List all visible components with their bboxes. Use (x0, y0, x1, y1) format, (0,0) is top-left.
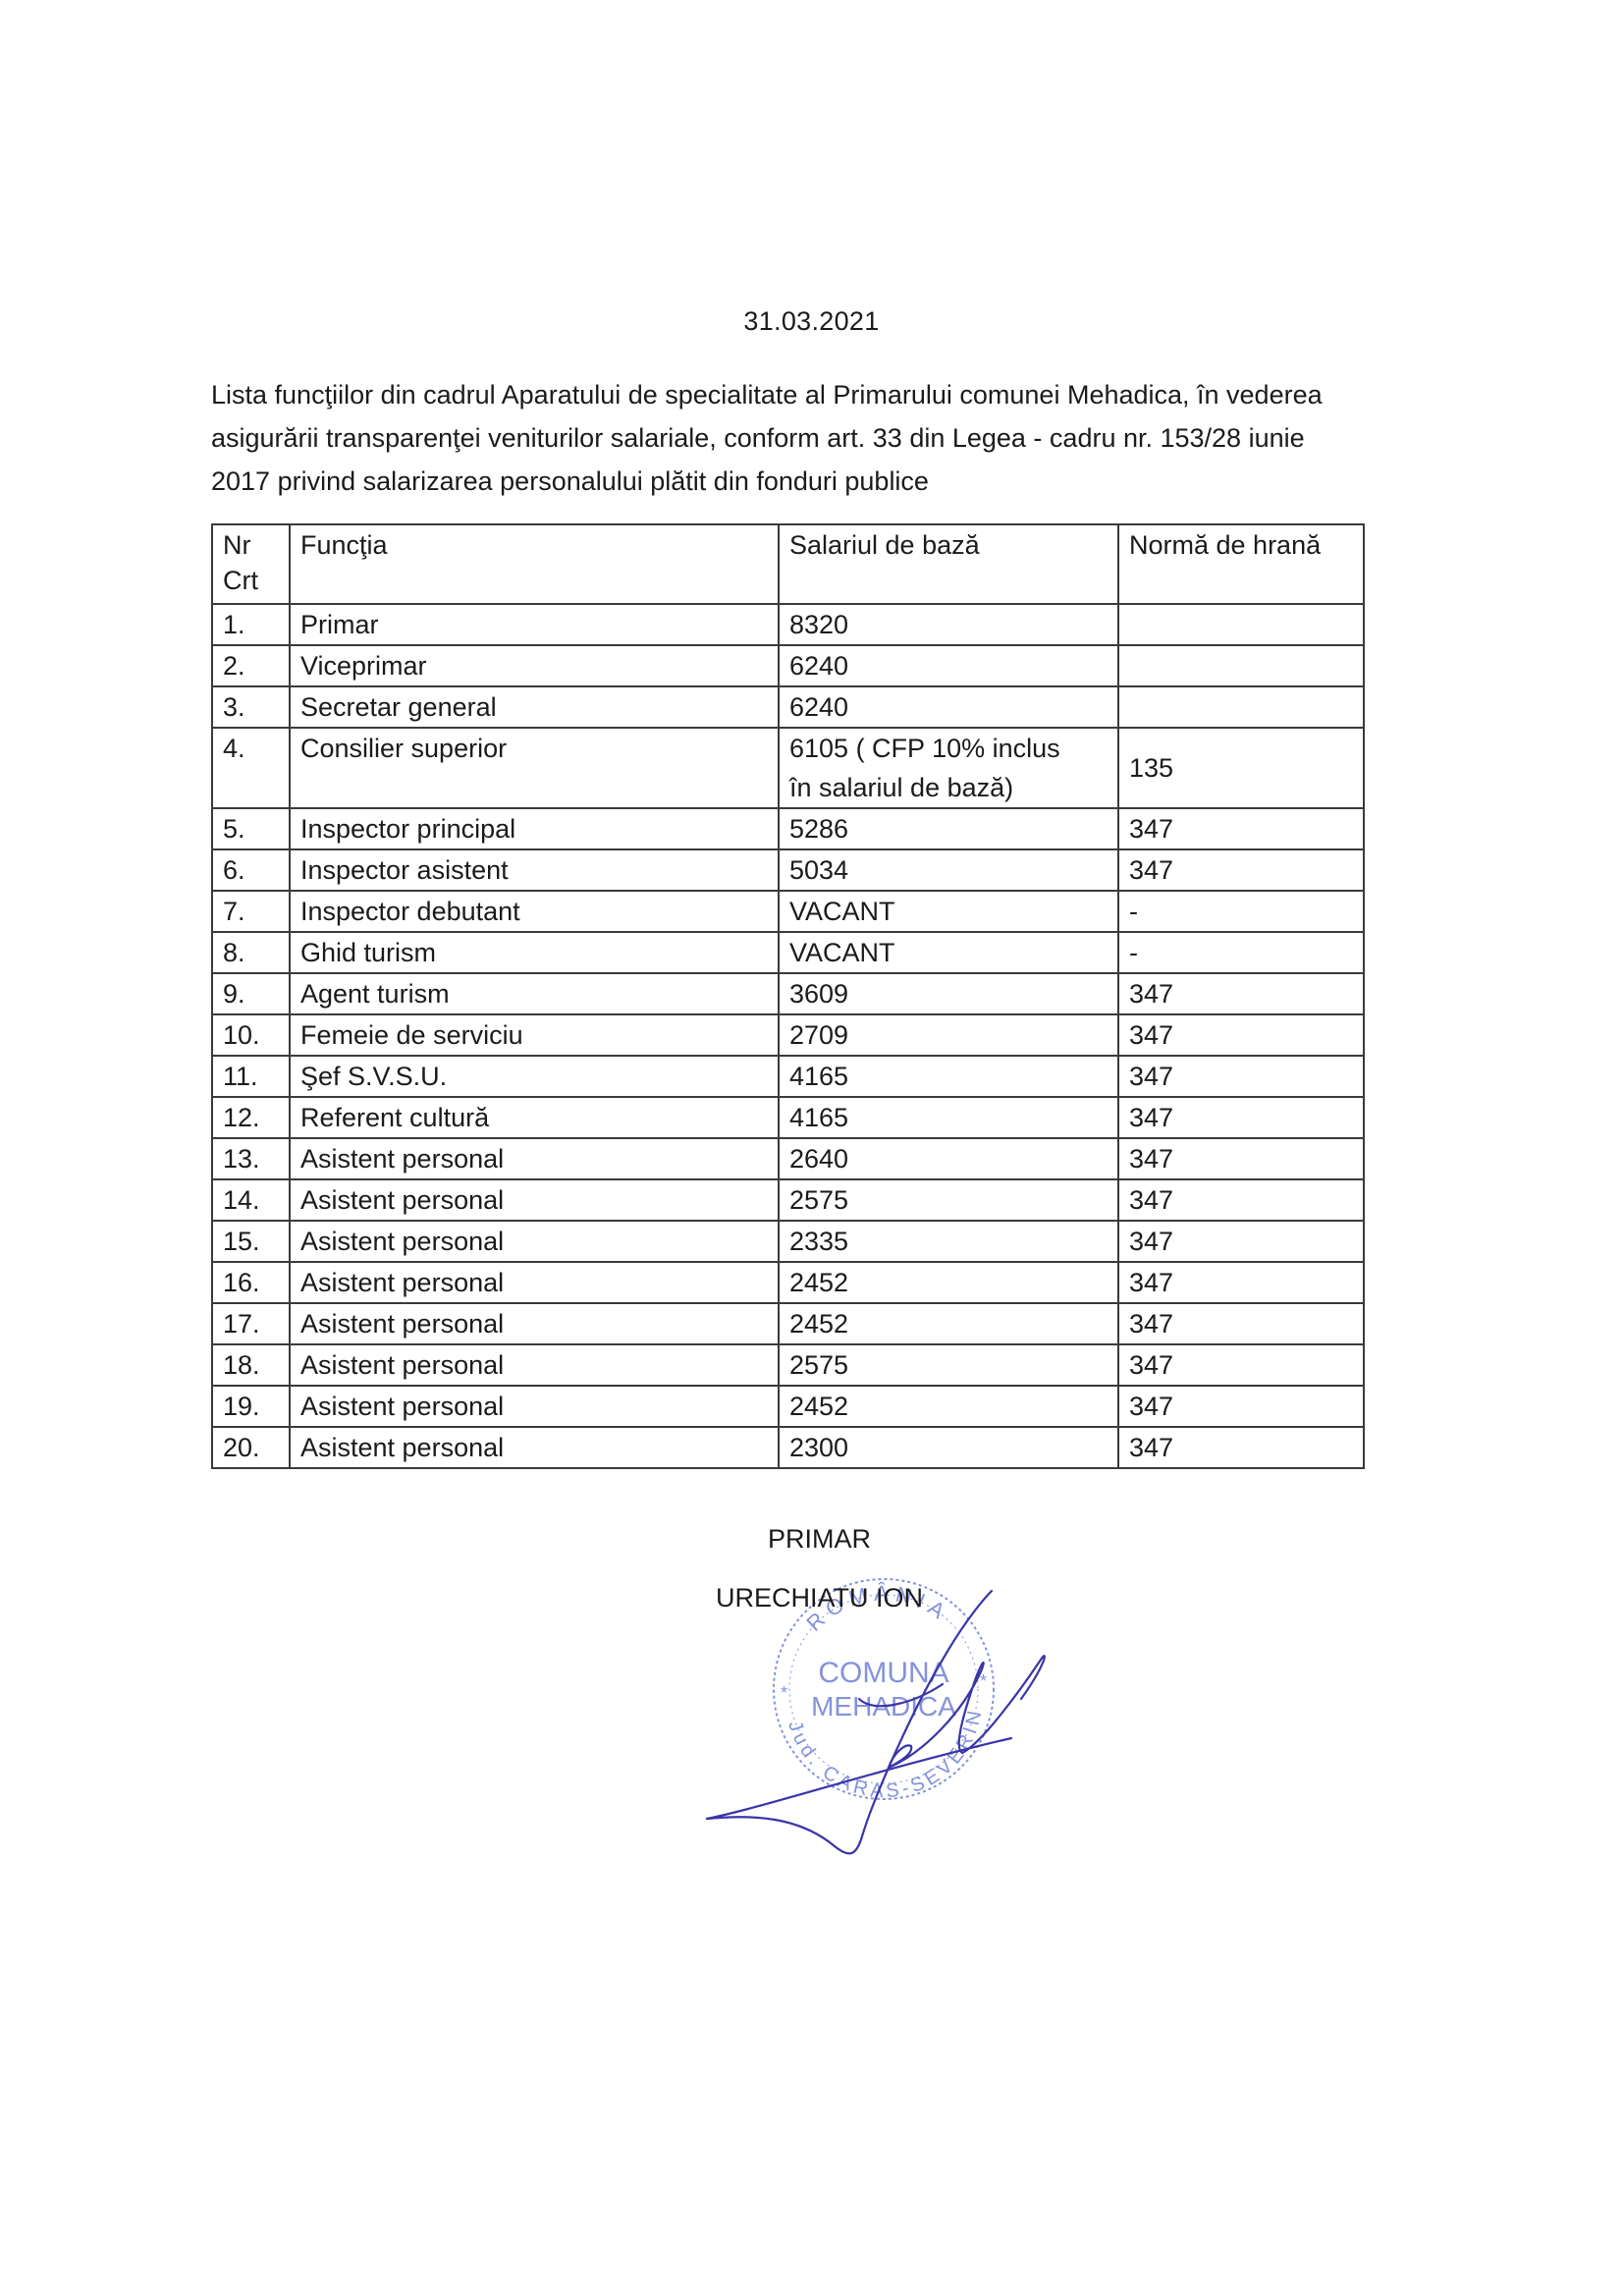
salariu-line: 6105 ( CFP 10% inclus (789, 729, 1108, 768)
cell-functia: Viceprimar (290, 645, 779, 686)
cell-salariu: VACANT (779, 932, 1118, 973)
table-row: 2.Viceprimar6240 (212, 645, 1364, 686)
cell-nr: 18. (212, 1344, 290, 1386)
cell-functia: Asistent personal (290, 1427, 779, 1468)
cell-functia: Agent turism (290, 973, 779, 1014)
cell-salariu: 2452 (779, 1303, 1118, 1344)
header-salariu: Salariul de bază (779, 524, 1118, 604)
cell-functia: Inspector principal (290, 808, 779, 849)
cell-functia: Inspector debutant (290, 891, 779, 932)
cell-nr: 14. (212, 1179, 290, 1221)
table-row: 19.Asistent personal2452347 (212, 1386, 1364, 1427)
cell-nr: 2. (212, 645, 290, 686)
cell-functia: Asistent personal (290, 1179, 779, 1221)
cell-nr: 19. (212, 1386, 290, 1427)
table-row: 15.Asistent personal2335347 (212, 1221, 1364, 1262)
cell-nr: 17. (212, 1303, 290, 1344)
cell-nr: 1. (212, 604, 290, 645)
cell-norma: 347 (1118, 1014, 1364, 1056)
cell-functia: Asistent personal (290, 1386, 779, 1427)
cell-nr: 3. (212, 686, 290, 728)
cell-functia: Şef S.V.S.U. (290, 1056, 779, 1097)
cell-norma: - (1118, 932, 1364, 973)
table-row: 9.Agent turism3609347 (212, 973, 1364, 1014)
table-header-row: Nr Crt Funcţia Salariul de bază Normă de… (212, 524, 1364, 604)
cell-functia: Asistent personal (290, 1262, 779, 1303)
cell-norma: 347 (1118, 1262, 1364, 1303)
cell-salariu: 2709 (779, 1014, 1118, 1056)
cell-nr: 10. (212, 1014, 290, 1056)
svg-text:*: * (781, 1683, 787, 1703)
table-row: 14.Asistent personal2575347 (212, 1179, 1364, 1221)
cell-functia: Asistent personal (290, 1344, 779, 1386)
cell-salariu: 2300 (779, 1427, 1118, 1468)
cell-nr: 16. (212, 1262, 290, 1303)
cell-functia: Asistent personal (290, 1138, 779, 1179)
cell-nr: 8. (212, 932, 290, 973)
cell-functia: Inspector asistent (290, 849, 779, 891)
cell-norma (1118, 686, 1364, 728)
intro-line: asigurării transparenţei veniturilor sal… (211, 416, 1478, 460)
cell-functia: Asistent personal (290, 1221, 779, 1262)
header-crt-line: Crt (223, 563, 279, 598)
cell-functia: Femeie de serviciu (290, 1014, 779, 1056)
cell-salariu: 2335 (779, 1221, 1118, 1262)
cell-functia: Asistent personal (290, 1303, 779, 1344)
cell-norma (1118, 604, 1364, 645)
cell-salariu: VACANT (779, 891, 1118, 932)
cell-salariu: 6240 (779, 686, 1118, 728)
cell-salariu: 2575 (779, 1344, 1118, 1386)
cell-norma: 347 (1118, 849, 1364, 891)
cell-functia: Ghid turism (290, 932, 779, 973)
cell-functia: Secretar general (290, 686, 779, 728)
cell-salariu: 5034 (779, 849, 1118, 891)
cell-salariu: 6240 (779, 645, 1118, 686)
cell-norma (1118, 645, 1364, 686)
cell-norma: 347 (1118, 1097, 1364, 1138)
table-row: 13.Asistent personal2640347 (212, 1138, 1364, 1179)
cell-nr: 11. (212, 1056, 290, 1097)
positions-table: Nr Crt Funcţia Salariul de bază Normă de… (211, 523, 1365, 1469)
salariu-line: în salariul de bază) (789, 768, 1108, 807)
cell-nr: 20. (212, 1427, 290, 1468)
header-nr-line: Nr (223, 527, 279, 563)
cell-salariu: 2640 (779, 1138, 1118, 1179)
cell-nr: 12. (212, 1097, 290, 1138)
cell-nr: 15. (212, 1221, 290, 1262)
intro-line: Lista funcţiilor din cadrul Aparatului d… (211, 373, 1478, 416)
header-norma: Normă de hrană (1118, 524, 1364, 604)
cell-nr: 6. (212, 849, 290, 891)
header-nr-crt: Nr Crt (212, 524, 290, 604)
table-row: 8.Ghid turismVACANT- (212, 932, 1364, 973)
cell-nr: 13. (212, 1138, 290, 1179)
table-row: 11.Şef S.V.S.U.4165347 (212, 1056, 1364, 1097)
table-row: 20.Asistent personal2300347 (212, 1427, 1364, 1468)
table-row: 18.Asistent personal2575347 (212, 1344, 1364, 1386)
cell-salariu: 3609 (779, 973, 1118, 1014)
cell-norma: 347 (1118, 1386, 1364, 1427)
cell-norma: 347 (1118, 1344, 1364, 1386)
cell-nr: 7. (212, 891, 290, 932)
table-row: 7.Inspector debutantVACANT- (212, 891, 1364, 932)
cell-functia: Primar (290, 604, 779, 645)
cell-salariu: 5286 (779, 808, 1118, 849)
cell-norma: 347 (1118, 1179, 1364, 1221)
table-row: 1.Primar8320 (212, 604, 1364, 645)
table-row: 4.Consilier superior6105 ( CFP 10% inclu… (212, 728, 1364, 808)
svg-text:*: * (980, 1671, 987, 1691)
cell-norma: - (1118, 891, 1364, 932)
cell-norma: 347 (1118, 1138, 1364, 1179)
table-row: 6.Inspector asistent5034347 (212, 849, 1364, 891)
cell-salariu: 6105 ( CFP 10% inclusîn salariul de bază… (779, 728, 1118, 808)
cell-salariu: 2575 (779, 1179, 1118, 1221)
cell-norma: 347 (1118, 1427, 1364, 1468)
table-row: 17.Asistent personal2452347 (212, 1303, 1364, 1344)
table-row: 12.Referent cultură4165347 (212, 1097, 1364, 1138)
table-row: 5.Inspector principal5286347 (212, 808, 1364, 849)
cell-salariu: 4165 (779, 1056, 1118, 1097)
header-functia: Funcţia (290, 524, 779, 604)
cell-salariu: 2452 (779, 1386, 1118, 1427)
cell-salariu: 4165 (779, 1097, 1118, 1138)
table-row: 10.Femeie de serviciu2709347 (212, 1014, 1364, 1056)
cell-norma: 347 (1118, 1303, 1364, 1344)
table-row: 16.Asistent personal2452347 (212, 1262, 1364, 1303)
cell-nr: 4. (212, 728, 290, 808)
cell-nr: 5. (212, 808, 290, 849)
cell-norma: 347 (1118, 1221, 1364, 1262)
signatory-name: URECHIATU ION (8, 1583, 1623, 1613)
document-date: 31.03.2021 (0, 306, 1623, 337)
cell-functia: Referent cultură (290, 1097, 779, 1138)
cell-norma: 347 (1118, 1056, 1364, 1097)
cell-norma: 135 (1118, 728, 1364, 808)
cell-salariu: 2452 (779, 1262, 1118, 1303)
cell-salariu: 8320 (779, 604, 1118, 645)
cell-norma: 347 (1118, 808, 1364, 849)
cell-norma: 347 (1118, 973, 1364, 1014)
cell-nr: 9. (212, 973, 290, 1014)
intro-line: 2017 privind salarizarea personalului pl… (211, 460, 1478, 503)
cell-functia: Consilier superior (290, 728, 779, 808)
table-row: 3.Secretar general6240 (212, 686, 1364, 728)
document-intro: Lista funcţiilor din cadrul Aparatului d… (211, 373, 1478, 503)
